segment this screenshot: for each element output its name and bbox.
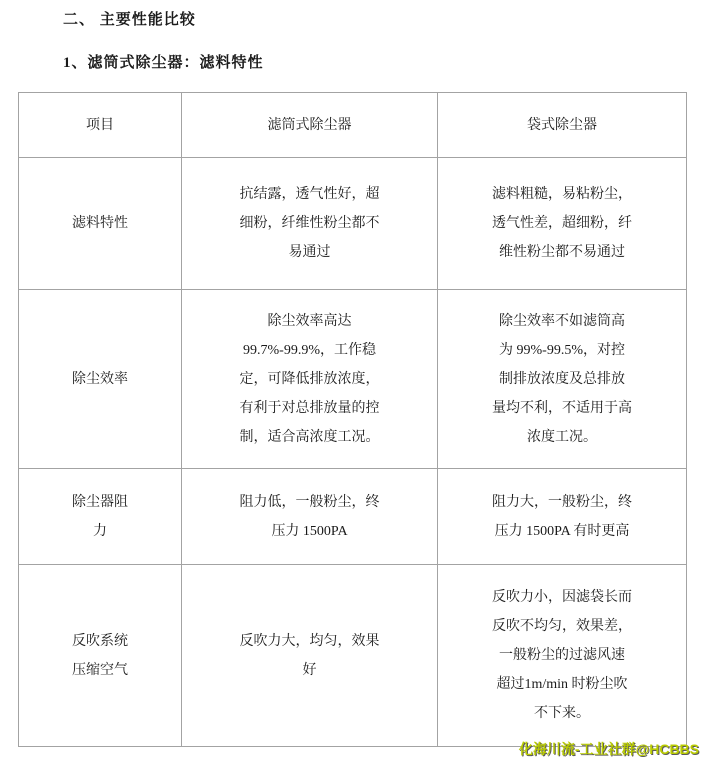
comparison-table: 项目 滤筒式除尘器 袋式除尘器 滤料特性 抗结露，透气性好，超 细粉，纤维性粉尘… [18, 92, 687, 747]
cell-filter-material-bag: 滤料粗糙，易粘粉尘， 透气性差，超细粉，纤 维性粉尘都不易通过 [438, 158, 687, 290]
cell-resistance-bag: 阻力大，一般粉尘，终 压力 1500PA 有时更高 [438, 469, 687, 565]
table-header-row: 项目 滤筒式除尘器 袋式除尘器 [19, 93, 687, 158]
cell-backblow-bag: 反吹力小，因滤袋长而 反吹不均匀，效果差， 一般粉尘的过滤风速 超过1m/min… [438, 565, 687, 747]
subsection-title: 1、滤筒式除尘器：滤料特性 [63, 51, 264, 72]
table-row-filter-material: 滤料特性 抗结露，透气性好，超 细粉，纤维性粉尘都不 易通过 滤料粗糙，易粘粉尘… [19, 158, 687, 290]
table-row-dust-efficiency: 除尘效率 除尘效率高达 99.7%-99.9%，工作稳 定，可降低排放浓度， 有… [19, 290, 687, 469]
cell-backblow-cartridge: 反吹力大，均匀，效果 好 [182, 565, 438, 747]
cell-backblow-item: 反吹系统 压缩空气 [19, 565, 182, 747]
cell-filter-material-item: 滤料特性 [19, 158, 182, 290]
cell-dust-efficiency-cartridge: 除尘效率高达 99.7%-99.9%，工作稳 定，可降低排放浓度， 有利于对总排… [182, 290, 438, 469]
column-header-cartridge-filter: 滤筒式除尘器 [182, 93, 438, 158]
section-title: 二、 主要性能比较 [63, 8, 196, 29]
cell-dust-efficiency-bag: 除尘效率不如滤筒高 为 99%-99.5%，对控 制排放浓度及总排放 量均不利，… [438, 290, 687, 469]
table-row-resistance: 除尘器阻 力 阻力低，一般粉尘，终 压力 1500PA 阻力大，一般粉尘，终 压… [19, 469, 687, 565]
table-row-backblow-system: 反吹系统 压缩空气 反吹力大，均匀，效果 好 反吹力小，因滤袋长而 反吹不均匀，… [19, 565, 687, 747]
column-header-item: 项目 [19, 93, 182, 158]
column-header-bag-filter: 袋式除尘器 [438, 93, 687, 158]
cell-dust-efficiency-item: 除尘效率 [19, 290, 182, 469]
cell-resistance-cartridge: 阻力低，一般粉尘，终 压力 1500PA [182, 469, 438, 565]
cell-filter-material-cartridge: 抗结露，透气性好，超 细粉，纤维性粉尘都不 易通过 [182, 158, 438, 290]
watermark-text: 化海川流-工业社群@HCBBS [519, 739, 699, 759]
cell-resistance-item: 除尘器阻 力 [19, 469, 182, 565]
